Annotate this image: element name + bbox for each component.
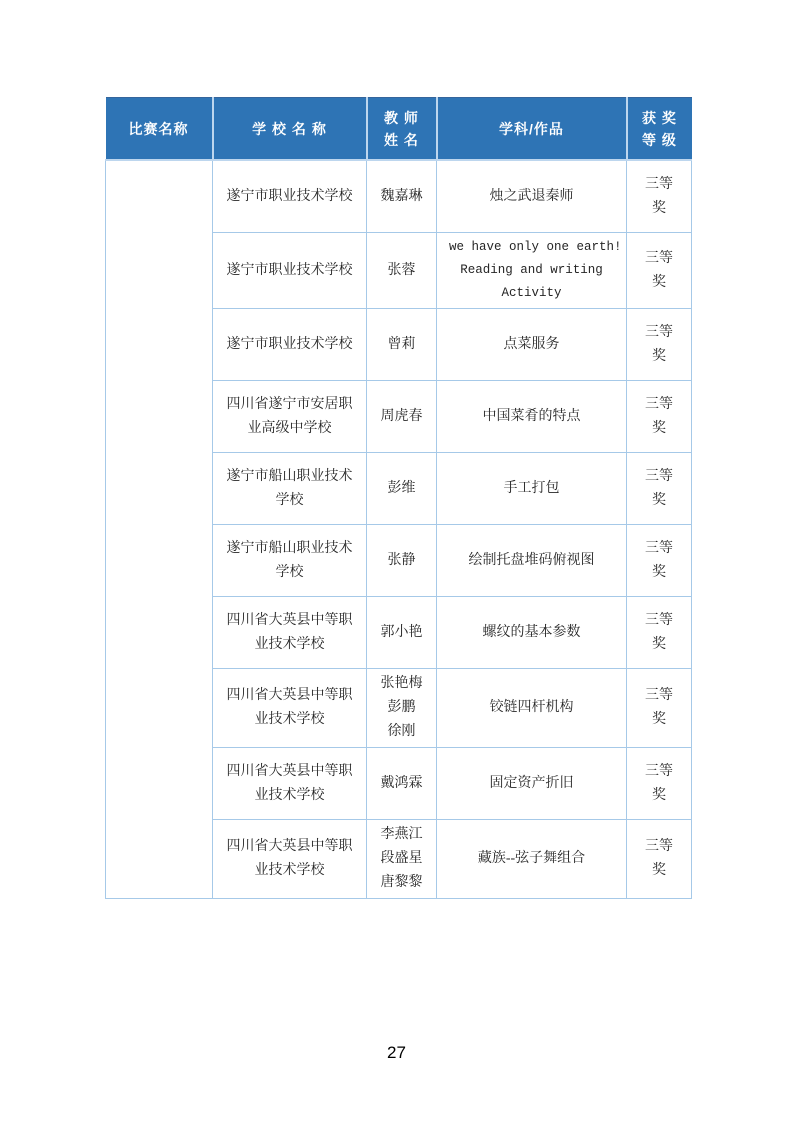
teacher-cell-text: 张艳梅 (379, 672, 424, 696)
school-cell-text: 遂宁市职业技术学校 (225, 333, 354, 357)
work-cell: 藏族--弦子舞组合 (437, 820, 627, 899)
column-header-line: 学 校 名 称 (216, 118, 364, 140)
column-header-award: 获 奖等 级 (627, 98, 692, 161)
teacher-cell-text: 戴鸿霖 (379, 772, 424, 796)
work-cell-text: 点菜服务 (449, 333, 614, 357)
teacher-cell-text: 曾莉 (379, 333, 424, 357)
award-cell: 三等奖 (627, 525, 692, 597)
teacher-cell-text: 周虎春 (379, 405, 424, 429)
document-page: 比赛名称学 校 名 称教 师姓 名学科/作品获 奖等 级 遂宁市职业技术学校魏嘉… (0, 0, 793, 1122)
column-header-school: 学 校 名 称 (213, 98, 367, 161)
award-cell: 三等奖 (627, 160, 692, 233)
column-header-line: 教 师 (370, 107, 434, 129)
school-cell: 四川省大英县中等职业技术学校 (213, 748, 367, 820)
school-cell: 四川省大英县中等职业技术学校 (213, 820, 367, 899)
work-cell: 铰链四杆机构 (437, 669, 627, 748)
column-header-line: 学科/作品 (440, 118, 624, 140)
work-cell-text: 中国菜肴的特点 (449, 405, 614, 429)
teacher-cell: 戴鸿霖 (367, 748, 437, 820)
teacher-cell: 曾莉 (367, 309, 437, 381)
teacher-cell-text: 徐刚 (379, 720, 424, 744)
award-cell: 三等奖 (627, 820, 692, 899)
teacher-cell: 郭小艳 (367, 597, 437, 669)
award-cell-text: 三等奖 (639, 760, 679, 808)
school-cell: 遂宁市职业技术学校 (213, 160, 367, 233)
work-cell: 中国菜肴的特点 (437, 381, 627, 453)
teacher-cell-text: 魏嘉琳 (379, 185, 424, 209)
school-cell-text: 遂宁市船山职业技术学校 (225, 465, 354, 513)
school-cell-text: 四川省大英县中等职业技术学校 (225, 684, 354, 732)
work-cell-text: 藏族--弦子舞组合 (449, 847, 614, 871)
school-cell-text: 遂宁市船山职业技术学校 (225, 537, 354, 585)
teacher-cell: 张蓉 (367, 233, 437, 309)
table-row: 遂宁市职业技术学校魏嘉琳烛之武退秦师三等奖 (106, 160, 692, 233)
column-header-work: 学科/作品 (437, 98, 627, 161)
school-cell: 四川省遂宁市安居职业高级中学校 (213, 381, 367, 453)
teacher-cell-text: 彭鹏 (379, 696, 424, 720)
award-cell: 三等奖 (627, 453, 692, 525)
teacher-cell-text: 唐黎黎 (379, 871, 424, 895)
work-cell: 点菜服务 (437, 309, 627, 381)
teacher-cell-text: 彭维 (379, 477, 424, 501)
award-cell-text: 三等奖 (639, 465, 679, 513)
teacher-cell: 周虎春 (367, 381, 437, 453)
work-cell: 绘制托盘堆码俯视图 (437, 525, 627, 597)
competition-name-cell (106, 160, 213, 899)
teacher-cell: 彭维 (367, 453, 437, 525)
teacher-cell: 李燕江段盛星唐黎黎 (367, 820, 437, 899)
teacher-cell: 张艳梅彭鹏徐刚 (367, 669, 437, 748)
column-header-line: 比赛名称 (108, 118, 210, 140)
work-cell-text: 烛之武退秦师 (449, 185, 614, 209)
work-cell-text: we have only one earth! (449, 236, 614, 259)
school-cell: 四川省大英县中等职业技术学校 (213, 597, 367, 669)
school-cell-text: 四川省大英县中等职业技术学校 (225, 609, 354, 657)
award-cell-text: 三等奖 (639, 684, 679, 732)
school-cell: 四川省大英县中等职业技术学校 (213, 669, 367, 748)
table-header-row: 比赛名称学 校 名 称教 师姓 名学科/作品获 奖等 级 (106, 98, 692, 161)
work-cell-text: Reading and writing (449, 259, 614, 282)
school-cell: 遂宁市船山职业技术学校 (213, 453, 367, 525)
award-cell-text: 三等奖 (639, 537, 679, 585)
school-cell-text: 遂宁市职业技术学校 (225, 185, 354, 209)
work-cell: 烛之武退秦师 (437, 160, 627, 233)
column-header-line: 获 奖 (630, 107, 690, 129)
work-cell: we have only one earth!Reading and writi… (437, 233, 627, 309)
award-cell-text: 三等奖 (639, 393, 679, 441)
teacher-cell-text: 郭小艳 (379, 621, 424, 645)
teacher-cell-text: 段盛星 (379, 847, 424, 871)
award-cell-text: 三等奖 (639, 173, 679, 221)
teacher-cell-text: 张蓉 (379, 259, 424, 283)
work-cell-text: Activity (449, 282, 614, 305)
teacher-cell: 魏嘉琳 (367, 160, 437, 233)
school-cell-text: 四川省遂宁市安居职业高级中学校 (225, 393, 354, 441)
award-cell: 三等奖 (627, 381, 692, 453)
school-cell: 遂宁市职业技术学校 (213, 309, 367, 381)
school-cell-text: 四川省大英县中等职业技术学校 (225, 835, 354, 883)
work-cell-text: 绘制托盘堆码俯视图 (449, 549, 614, 573)
school-cell-text: 遂宁市职业技术学校 (225, 259, 354, 283)
work-cell-text: 固定资产折旧 (449, 772, 614, 796)
work-cell-text: 螺纹的基本参数 (449, 621, 614, 645)
column-header-line: 等 级 (630, 129, 690, 151)
work-cell-text: 铰链四杆机构 (449, 696, 614, 720)
page-number: 27 (0, 1043, 793, 1063)
award-cell-text: 三等奖 (639, 609, 679, 657)
school-cell: 遂宁市职业技术学校 (213, 233, 367, 309)
school-cell: 遂宁市船山职业技术学校 (213, 525, 367, 597)
column-header-teacher: 教 师姓 名 (367, 98, 437, 161)
school-cell-text: 四川省大英县中等职业技术学校 (225, 760, 354, 808)
award-cell-text: 三等奖 (639, 247, 679, 295)
teacher-cell-text: 张静 (379, 549, 424, 573)
awards-table: 比赛名称学 校 名 称教 师姓 名学科/作品获 奖等 级 遂宁市职业技术学校魏嘉… (105, 97, 692, 899)
work-cell: 固定资产折旧 (437, 748, 627, 820)
award-cell-text: 三等奖 (639, 321, 679, 369)
award-cell-text: 三等奖 (639, 835, 679, 883)
teacher-cell: 张静 (367, 525, 437, 597)
teacher-cell-text: 李燕江 (379, 823, 424, 847)
column-header-line: 姓 名 (370, 129, 434, 151)
column-header-competition: 比赛名称 (106, 98, 213, 161)
work-cell-text: 手工打包 (449, 477, 614, 501)
award-cell: 三等奖 (627, 233, 692, 309)
award-cell: 三等奖 (627, 597, 692, 669)
award-cell: 三等奖 (627, 748, 692, 820)
work-cell: 手工打包 (437, 453, 627, 525)
award-cell: 三等奖 (627, 309, 692, 381)
award-cell: 三等奖 (627, 669, 692, 748)
work-cell: 螺纹的基本参数 (437, 597, 627, 669)
